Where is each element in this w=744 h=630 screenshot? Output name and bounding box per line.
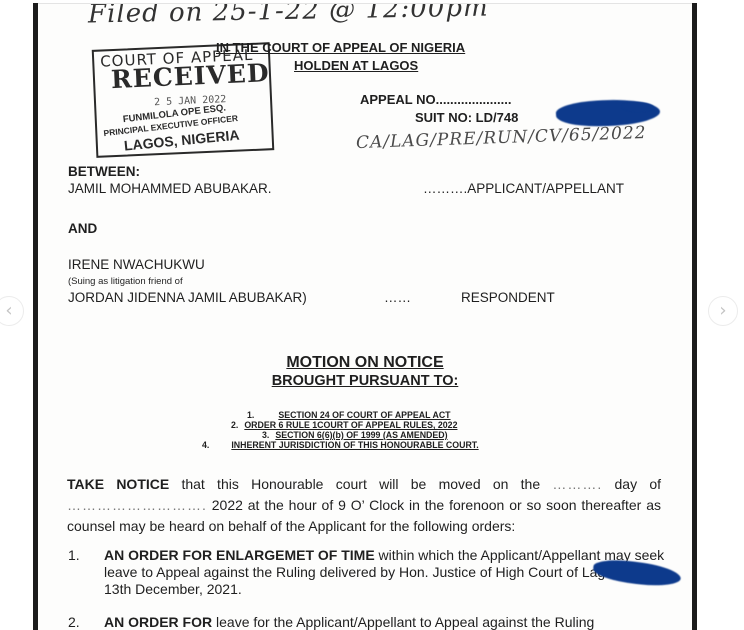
notice-text-1: that this Honourable court will be moved… [169,476,552,492]
notice-lead: TAKE NOTICE [67,476,169,492]
authority-text: INHERENT JURISDICTION OF THIS HONOURABLE… [231,440,478,450]
court-document-page: Filed on 25-1-22 @ 12:00pm COURT OF APPE… [38,3,692,630]
appellant-role: ……….APPLICANT/APPELLANT [423,181,624,196]
order-number: 2. [68,614,80,630]
ward-name: JORDAN JIDENNA JAMIL ABUBAKAR) [68,290,307,305]
take-notice-paragraph: TAKE NOTICE that this Honourable court w… [67,474,661,537]
authority-number: 3. [262,430,269,440]
authority-item: 3.SECTION 6(6)(b) OF 1999 (AS AMENDED) [262,430,448,440]
motion-title: MOTION ON NOTICE [38,354,692,372]
and-label: AND [68,221,97,236]
order-lead: AN ORDER FOR [104,614,212,630]
suing-note: (Suing as litigation friend of [68,276,183,287]
between-label: BETWEEN: [68,164,140,179]
authority-item: 1.SECTION 24 OF COURT OF APPEAL ACT [247,410,451,420]
order-item: 1.AN ORDER FOR ENLARGEMET OF TIME within… [67,547,687,598]
authority-text: ORDER 6 RULE 1COURT OF APPEAL RULES, 202… [244,420,457,430]
authority-text: SECTION 24 OF COURT OF APPEAL ACT [278,410,450,420]
viewer-frame-right [692,3,697,630]
orders-list: 1.AN ORDER FOR ENLARGEMET OF TIME within… [67,547,687,630]
order-text: leave for the Applicant/Appellant to App… [212,614,594,630]
received-stamp: COURT OF APPEAL RECEIVED 2 5 JAN 2022 FU… [92,42,275,158]
next-image-button[interactable]: › [708,296,738,326]
previous-image-button[interactable]: ‹ [0,296,24,326]
authority-text: SECTION 6(6)(b) OF 1999 (AS AMENDED) [275,430,447,440]
chevron-left-icon: ‹ [5,300,12,321]
authority-number: 1. [247,410,254,420]
stamp-received: RECEIVED [110,58,270,94]
authority-item: 2.ORDER 6 RULE 1COURT OF APPEAL RULES, 2… [231,420,457,430]
order-lead: AN ORDER FOR ENLARGEMET OF TIME [104,547,375,563]
order-number: 1. [68,547,80,564]
appeal-number: APPEAL NO..................... [360,92,511,107]
notice-month-blank: ………………………. [67,497,207,513]
authority-item: 4.INHERENT JURISDICTION OF THIS HONOURAB… [202,440,479,450]
chevron-right-icon: › [719,300,726,321]
authority-number: 2. [231,420,238,430]
order-item: 2.AN ORDER FOR leave for the Applicant/A… [67,614,687,630]
redaction-mark-suit-no-tail [622,102,654,112]
respondent-name: IRENE NWACHUKWU [68,257,205,272]
authority-number: 4. [202,440,209,450]
court-location: HOLDEN AT LAGOS [294,58,418,73]
handwritten-case-reference: CA/LAG/PRE/RUN/CV/65/2022 [356,123,647,153]
image-viewer: Filed on 25-1-22 @ 12:00pm COURT OF APPE… [0,0,744,630]
handwritten-filing-note: Filed on 25-1-22 @ 12:00pm [88,3,489,29]
motion-subtitle: BROUGHT PURSUANT TO: [38,373,692,389]
appellant-name: JAMIL MOHAMMED ABUBAKAR. [68,181,272,196]
notice-text-2: day of [602,476,661,492]
court-name: IN THE COURT OF APPEAL OF NIGERIA [216,40,465,55]
respondent-role: RESPONDENT [461,290,555,305]
respondent-dots: …… [384,290,411,305]
suit-number: SUIT NO: LD/748 [415,110,518,125]
notice-day-blank: ………. [552,476,602,492]
